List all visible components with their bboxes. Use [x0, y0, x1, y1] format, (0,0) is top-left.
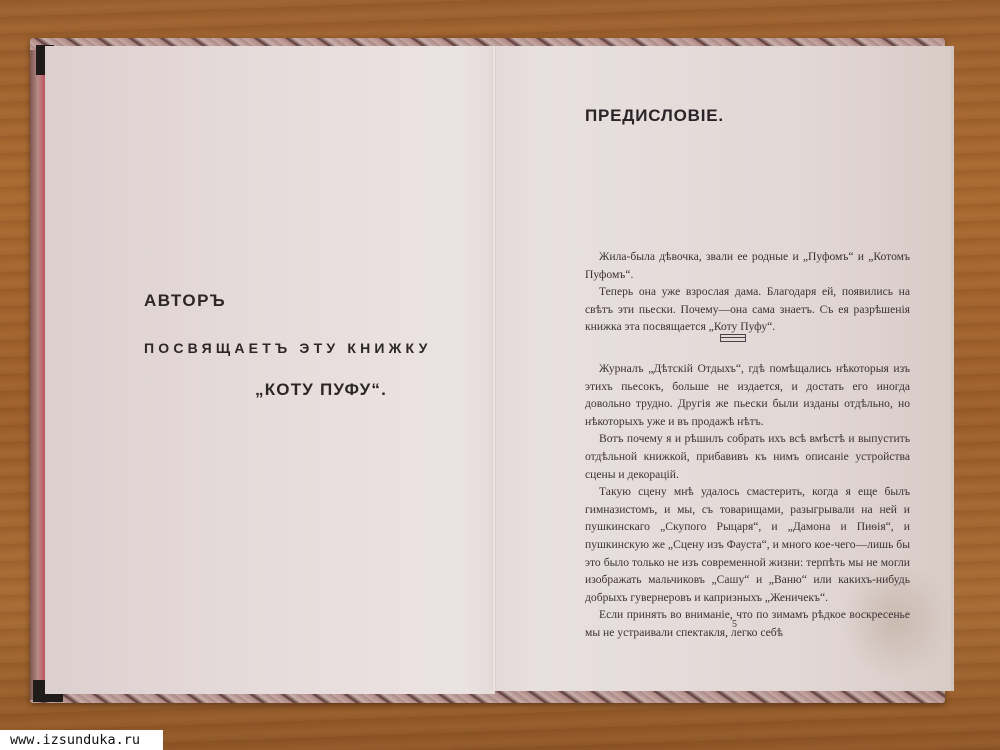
preface-body: Журналъ „Дѣтскій Отдыхъ“, гдѣ помѣщались…: [585, 360, 910, 642]
paragraph: Такую сцену мнѣ удалось смастерить, когд…: [585, 483, 910, 606]
dedication-title: „КОТУ ПУФУ“.: [255, 380, 387, 400]
paragraph: Вотъ почему я и рѣшилъ собрать ихъ всѣ в…: [585, 430, 910, 483]
paragraph: Теперь она уже взрослая дама. Благодаря …: [585, 283, 910, 336]
preface-heading: ПРЕДИСЛОВІЕ.: [585, 106, 724, 126]
paragraph: Если принять во вниманіе, что по зимамъ …: [585, 606, 910, 641]
dedication-author: АВТОРЪ: [144, 291, 226, 311]
page-number: 5: [732, 619, 737, 630]
preface-intro: Жила-была дѣвочка, звали ее родные и „Пу…: [585, 248, 910, 336]
double-rule-ornament-icon: [720, 334, 746, 342]
paragraph: Жила-была дѣвочка, звали ее родные и „Пу…: [585, 248, 910, 283]
dedication-line: ПОСВЯЩАЕТЪ ЭТУ КНИЖКУ: [144, 340, 432, 356]
watermark: www.izsunduka.ru: [0, 730, 163, 750]
left-page: [45, 46, 495, 694]
paragraph: Журналъ „Дѣтскій Отдыхъ“, гдѣ помѣщались…: [585, 360, 910, 430]
book-gutter: [492, 46, 496, 691]
